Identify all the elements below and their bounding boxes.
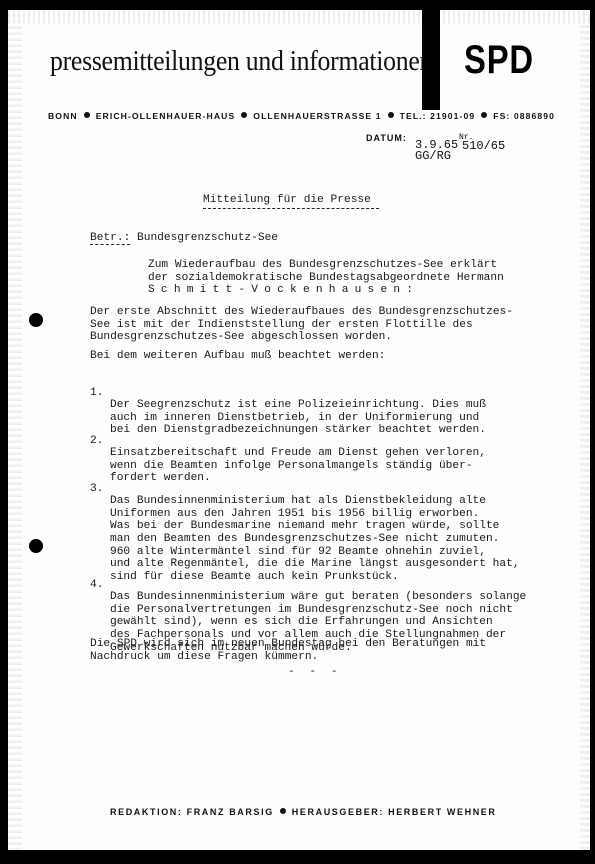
speaker-name: Schmitt-Vockenhausen: — [148, 284, 504, 297]
spd-logo: SPD — [464, 38, 534, 83]
punch-hole-icon — [29, 313, 43, 327]
address-phone: TEL.: 21901-09 — [400, 111, 476, 121]
masthead-title: pressemitteilungen und informationen — [50, 46, 432, 78]
closing-paragraph: Die SPD wird sich im neuen Bundestag bei… — [90, 638, 486, 663]
initials: GG/RG — [415, 149, 451, 163]
list-item: 3. Das Bundesinnenministerium hat als Di… — [90, 470, 117, 520]
footer-credits: REDAKTION: FRANZ BARSIGHERAUSGEBER: HERB… — [110, 807, 497, 817]
intro-line: Zum Wiederaufbau des Bundesgrenzschutzes… — [148, 259, 504, 272]
list-text: Einsatzbereitschaft und Freude am Dienst… — [110, 447, 486, 485]
footer-editor: REDAKTION: FRANZ BARSIG — [110, 807, 274, 817]
date-label: DATUM: — [366, 133, 407, 143]
bullet-icon — [280, 808, 286, 814]
title-underline — [203, 208, 379, 209]
bullet-icon — [481, 112, 487, 118]
scan-edge-top — [8, 10, 590, 24]
subject-line: Betr.: Bundesgrenzschutz-See — [90, 232, 278, 245]
list-number: 1. — [90, 387, 103, 400]
letterhead-address: BONNERICH-OLLENHAUER-HAUSOLLENHAUERSTRAS… — [48, 111, 555, 121]
list-number: 3. — [90, 483, 103, 496]
release-number: 510/65 — [462, 139, 505, 153]
address-telex: FS: 0886890 — [493, 111, 555, 121]
paragraph-considerations: Bei dem weiteren Aufbau muß beachtet wer… — [90, 350, 385, 363]
subject-label: Betr.: — [90, 232, 130, 245]
bullet-icon — [241, 112, 247, 118]
list-text: Das Bundesinnenministerium hat als Diens… — [110, 495, 520, 583]
list-number: 4. — [90, 579, 103, 592]
address-building: ERICH-OLLENHAUER-HAUS — [96, 111, 236, 121]
list-item: 4. Das Bundesinnenministerium wäre gut b… — [90, 566, 117, 616]
bullet-icon — [84, 112, 90, 118]
punch-hole-icon — [29, 539, 43, 553]
list-item: 1. Der Seegrenzschutz ist eine Polizeiei… — [90, 374, 117, 424]
intro-line: der sozialdemokratische Bundestagsabgeor… — [148, 272, 504, 285]
scan-edge-right — [580, 10, 590, 850]
page-title: Mitteilung für die Presse — [203, 194, 371, 207]
address-city: BONN — [48, 111, 78, 121]
end-mark: - - - — [288, 666, 342, 679]
scan-edge-left — [8, 10, 22, 850]
subject-value: Bundesgrenzschutz-See — [137, 232, 278, 244]
intro-block: Zum Wiederaufbau des Bundesgrenzschutzes… — [148, 259, 504, 297]
paragraph-first-section: Der erste Abschnitt des Wiederaufbaues d… — [90, 306, 513, 344]
list-item: 2. Einsatzbereitschaft und Freude am Die… — [90, 422, 117, 472]
address-street: OLLENHAUERSTRASSE 1 — [253, 111, 381, 121]
footer-publisher: HERAUSGEBER: HERBERT WEHNER — [292, 807, 497, 817]
bullet-icon — [388, 112, 394, 118]
masthead-divider-bar — [422, 10, 440, 110]
list-number: 2. — [90, 435, 103, 448]
document-page: pressemitteilungen und informationen SPD… — [8, 10, 590, 850]
list-text: Der Seegrenzschutz ist eine Polizeieinri… — [110, 399, 486, 437]
